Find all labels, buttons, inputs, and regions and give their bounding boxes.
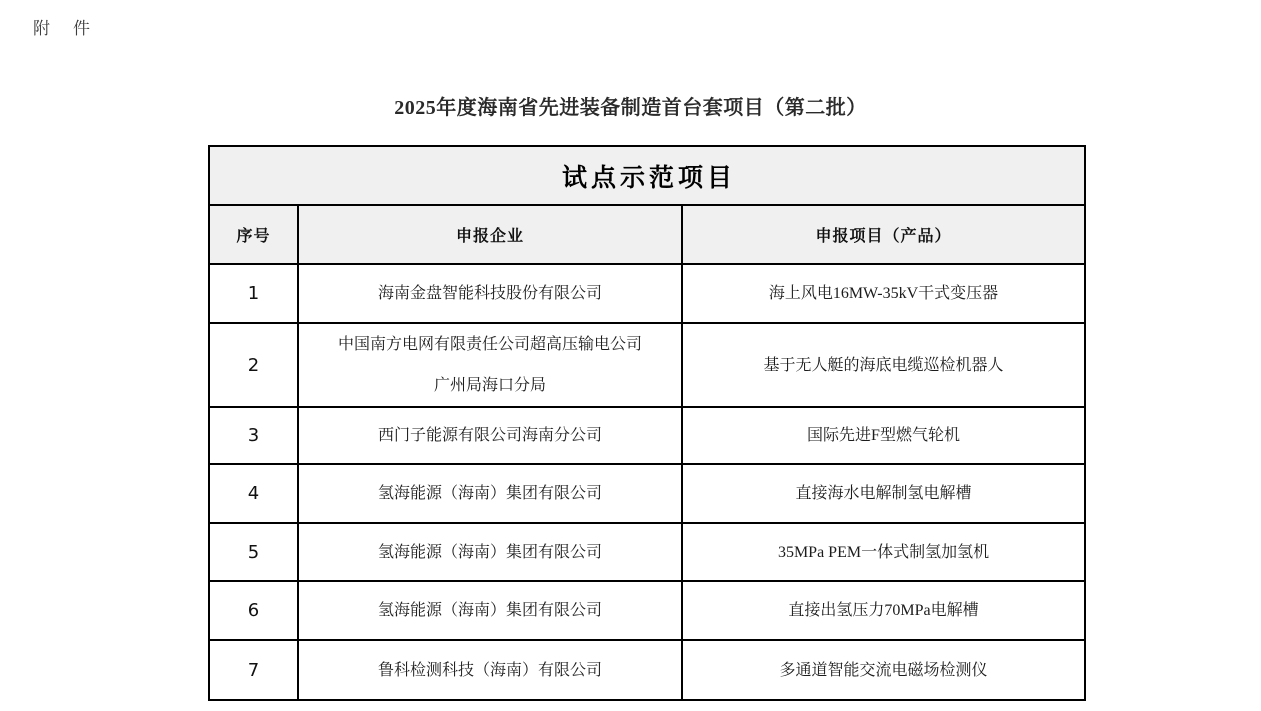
- cell-project: 35MPa PEM一体式制氢加氢机: [682, 523, 1085, 581]
- cell-row-number: 2: [209, 323, 298, 407]
- cell-company: 鲁科检测科技（海南）有限公司: [298, 640, 682, 700]
- cell-row-number: 5: [209, 523, 298, 581]
- table-section-header-row: 试点示范项目: [209, 146, 1085, 205]
- cell-project: 多通道智能交流电磁场检测仪: [682, 640, 1085, 700]
- table-row: 6 氢海能源（海南）集团有限公司 直接出氢压力70MPa电解槽: [209, 581, 1085, 640]
- cell-row-number: 3: [209, 407, 298, 464]
- cell-row-number: 4: [209, 464, 298, 523]
- cell-company: 氢海能源（海南）集团有限公司: [298, 464, 682, 523]
- cell-project: 国际先进F型燃气轮机: [682, 407, 1085, 464]
- column-header-no: 序号: [209, 205, 298, 264]
- projects-table: 试点示范项目 序号 申报企业 申报项目（产品） 1 海南金盘智能科技股份有限公司…: [208, 145, 1086, 701]
- cell-company: 海南金盘智能科技股份有限公司: [298, 264, 682, 323]
- page-title: 2025年度海南省先进装备制造首台套项目（第二批）: [0, 91, 1261, 120]
- cell-project: 海上风电16MW-35kV干式变压器: [682, 264, 1085, 323]
- table-row: 2 中国南方电网有限责任公司超高压输电公司 广州局海口分局 基于无人艇的海底电缆…: [209, 323, 1085, 407]
- column-header-project: 申报项目（产品）: [682, 205, 1085, 264]
- table-row: 3 西门子能源有限公司海南分公司 国际先进F型燃气轮机: [209, 407, 1085, 464]
- table-row: 5 氢海能源（海南）集团有限公司 35MPa PEM一体式制氢加氢机: [209, 523, 1085, 581]
- cell-company: 西门子能源有限公司海南分公司: [298, 407, 682, 464]
- table-row: 4 氢海能源（海南）集团有限公司 直接海水电解制氢电解槽: [209, 464, 1085, 523]
- cell-row-number: 7: [209, 640, 298, 700]
- cell-company: 氢海能源（海南）集团有限公司: [298, 581, 682, 640]
- table-section-title: 试点示范项目: [209, 146, 1085, 205]
- cell-company: 氢海能源（海南）集团有限公司: [298, 523, 682, 581]
- cell-row-number: 1: [209, 264, 298, 323]
- cell-project: 基于无人艇的海底电缆巡检机器人: [682, 323, 1085, 407]
- cell-project: 直接海水电解制氢电解槽: [682, 464, 1085, 523]
- cell-row-number: 6: [209, 581, 298, 640]
- attachment-label: 附 件: [33, 14, 93, 39]
- column-header-company: 申报企业: [298, 205, 682, 264]
- table-row: 1 海南金盘智能科技股份有限公司 海上风电16MW-35kV干式变压器: [209, 264, 1085, 323]
- cell-company: 中国南方电网有限责任公司超高压输电公司 广州局海口分局: [298, 323, 682, 407]
- table-row: 7 鲁科检测科技（海南）有限公司 多通道智能交流电磁场检测仪: [209, 640, 1085, 700]
- cell-project: 直接出氢压力70MPa电解槽: [682, 581, 1085, 640]
- table-column-header-row: 序号 申报企业 申报项目（产品）: [209, 205, 1085, 264]
